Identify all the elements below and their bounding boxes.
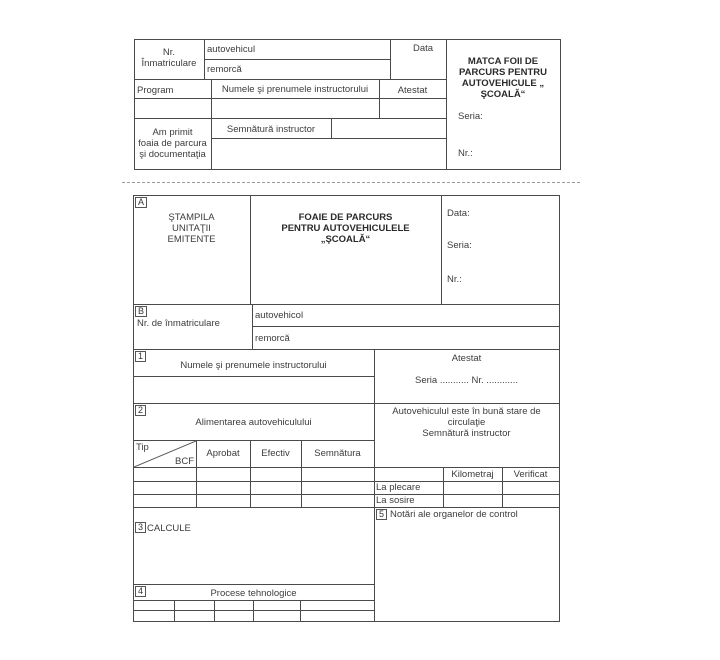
verificat-header: Verificat bbox=[502, 469, 559, 480]
stare-line: circulaţie bbox=[374, 417, 559, 428]
section-2-marker: 2 bbox=[135, 405, 146, 416]
rule bbox=[133, 304, 560, 305]
rule bbox=[300, 600, 301, 622]
semnatura-header: Semnătura bbox=[301, 448, 374, 459]
stub-seria-label: Seria: bbox=[458, 111, 483, 122]
rule bbox=[331, 118, 332, 138]
form-data-label: Data: bbox=[447, 208, 470, 219]
stub-title-line: PARCURS PENTRU bbox=[446, 67, 560, 78]
stamp-line: ŞTAMPILA bbox=[133, 212, 250, 223]
atestat-label: Atestat bbox=[379, 85, 446, 96]
rule bbox=[214, 600, 215, 622]
rule bbox=[134, 39, 561, 40]
rule bbox=[133, 195, 134, 622]
stub-title-line: AUTOVEHICULE „ bbox=[446, 78, 560, 89]
seria-nr-label: Seria ........... Nr. ............ bbox=[374, 375, 559, 386]
rule bbox=[133, 403, 560, 404]
section-5-marker: 5 bbox=[376, 509, 387, 520]
am-primit-label: Am primit bbox=[134, 127, 211, 138]
atestat-label: Atestat bbox=[374, 353, 559, 364]
procese-title: Procese tehnologice bbox=[133, 588, 374, 599]
efectiv-header: Efectiv bbox=[250, 448, 301, 459]
rule bbox=[133, 507, 560, 508]
section-b-marker: B bbox=[135, 306, 147, 317]
rule bbox=[133, 621, 560, 622]
program-label: Program bbox=[137, 85, 173, 96]
form-title-line: „ŞCOALĂ“ bbox=[250, 234, 441, 245]
rule bbox=[133, 467, 560, 468]
stamp-line: EMITENTE bbox=[133, 234, 250, 245]
rule bbox=[133, 195, 560, 196]
autovehicul-label: autovehicul bbox=[207, 44, 255, 55]
rule bbox=[134, 118, 446, 119]
rule bbox=[441, 195, 442, 304]
data-label: Data bbox=[413, 43, 433, 54]
rule bbox=[134, 169, 561, 170]
rule bbox=[174, 600, 175, 622]
bcf-label: BCF bbox=[175, 456, 194, 467]
la-plecare-label: La plecare bbox=[376, 482, 420, 493]
inmatriculare-label: Înmatriculare bbox=[134, 58, 204, 69]
calcule-title: CALCULE bbox=[147, 523, 191, 534]
rule bbox=[134, 79, 446, 80]
cut-line bbox=[122, 182, 580, 183]
remorca-label: remorcă bbox=[207, 64, 242, 75]
rule bbox=[133, 494, 560, 495]
rule bbox=[253, 600, 254, 622]
rule bbox=[374, 349, 375, 622]
stub-title-line: MATCA FOII DE bbox=[446, 56, 560, 67]
remorca-label: remorcă bbox=[255, 333, 290, 344]
la-sosire-label: La sosire bbox=[376, 495, 415, 506]
nr-label: Nr. bbox=[134, 47, 204, 58]
rule bbox=[204, 59, 390, 60]
rule bbox=[252, 326, 560, 327]
stamp-line: UNITAŢII bbox=[133, 223, 250, 234]
section-a-marker: A bbox=[135, 197, 147, 208]
foaia-label: foaia de parcura bbox=[134, 138, 211, 149]
rule bbox=[134, 98, 446, 99]
form-nr-label: Nr.: bbox=[447, 274, 462, 285]
form-seria-label: Seria: bbox=[447, 240, 472, 251]
rule bbox=[133, 481, 560, 482]
rule bbox=[133, 376, 374, 377]
rule bbox=[560, 39, 561, 170]
stare-line: Autovehiculul este în bună stare de bbox=[374, 406, 559, 417]
semnatura-instructor-label: Semnătură instructor bbox=[211, 124, 331, 135]
semnatura-instructor-label: Semnătură instructor bbox=[374, 428, 559, 439]
notari-title: Notări ale organelor de control bbox=[390, 509, 518, 520]
section-3-marker: 3 bbox=[135, 522, 146, 533]
rule bbox=[559, 195, 560, 622]
stub-nr-label: Nr.: bbox=[458, 148, 473, 159]
instructor-name-label: Numele şi prenumele instructorului bbox=[211, 84, 379, 95]
stub-title-line: ŞCOALĂ“ bbox=[446, 89, 560, 100]
kilometraj-header: Kilometraj bbox=[443, 469, 502, 480]
nr-inmatriculare-label: Nr. de înmatriculare bbox=[137, 318, 220, 329]
rule bbox=[390, 39, 391, 79]
tip-label: Tip bbox=[136, 442, 149, 453]
autovehicol-label: autovehicol bbox=[255, 310, 303, 321]
rule bbox=[133, 584, 374, 585]
form-title-line: FOAIE DE PARCURS bbox=[250, 212, 441, 223]
aprobat-header: Aprobat bbox=[196, 448, 250, 459]
rule bbox=[211, 138, 446, 139]
rule bbox=[133, 349, 560, 350]
form-title-line: PENTRU AUTOVEHICULELE bbox=[250, 223, 441, 234]
instructor-name-label: Numele şi prenumele instructorului bbox=[133, 360, 374, 371]
alimentarea-title: Alimentarea autovehiculului bbox=[133, 417, 374, 428]
documentatia-label: şi documentaţia bbox=[134, 149, 211, 160]
